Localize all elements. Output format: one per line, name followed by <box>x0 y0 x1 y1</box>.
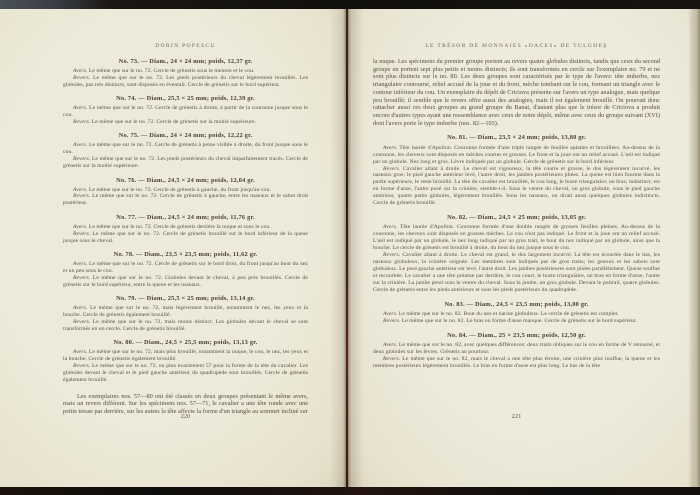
avers-paragraph: Avers. Le même que sur le no. 72, mais l… <box>63 305 308 319</box>
avers-text: Le même que sur le no. 82. Bout du nez e… <box>399 311 619 317</box>
coin-entry-75: No. 75. — Diam., 24 × 24 mm; poids, 12,2… <box>63 132 308 170</box>
coin-entry-83: No. 83. — Diam., 24,5 × 23,5 mm; poids, … <box>373 301 660 325</box>
revers-label: Revers. <box>383 252 400 258</box>
book-gutter-line <box>346 9 348 487</box>
avers-label: Avers. <box>73 187 87 193</box>
revers-label: Revers. <box>73 119 90 125</box>
revers-label: Revers. <box>73 75 90 81</box>
left-page-content: DORIN POPESCU No. 73. — Diam., 24 × 24 m… <box>63 43 308 416</box>
entry-heading: No. 81. — Diam., 23,5 × 24 mm; poids, 13… <box>373 134 660 141</box>
entry-heading: No. 76. — Diam., 24,5 × 24 mm; poids, 12… <box>63 177 308 184</box>
coin-entry-82: No. 82. — Diam., 24,5 × 25 mm; poids, 13… <box>373 214 660 294</box>
revers-text: Cavalier allant à droite. Le cheval est … <box>373 166 660 207</box>
coin-entry-81: No. 81. — Diam., 23,5 × 24 mm; poids, 13… <box>373 134 660 207</box>
avers-label: Avers. <box>383 342 397 348</box>
avers-text: Le même que sur le no. 72, mais légèreme… <box>63 305 308 318</box>
coin-entry-80: No. 80. — Diam., 24,5 × 25,5 mm; poids, … <box>63 339 308 384</box>
avers-label: Avers. <box>73 142 87 148</box>
revers-label: Revers. <box>73 319 90 325</box>
avers-text: Le même que sur le no. 72. Cercle de grè… <box>63 142 308 155</box>
avers-text: Le même que sur le no. 72. Cercle de grè… <box>89 187 271 193</box>
coin-entry-74: No. 74. — Diam., 25,5 × 25 mm; poids, 12… <box>63 95 308 126</box>
entry-heading: No. 73. — Diam., 24 × 24 mm; poids, 12,3… <box>63 58 308 65</box>
avers-label: Avers. <box>73 105 87 111</box>
revers-text: Le même que sur le no. 72, ou plus exact… <box>63 363 308 383</box>
avers-label: Avers. <box>73 261 87 267</box>
left-page: DORIN POPESCU No. 73. — Diam., 24 × 24 m… <box>0 9 347 487</box>
avers-text: Le même que sur le no. 72. Cercle de grè… <box>63 105 308 118</box>
revers-paragraph: Revers. Cavalier allant à droite. Le che… <box>373 252 660 293</box>
entry-heading: No. 79. — Diam., 25,5 × 25 mm; poids, 13… <box>63 295 308 302</box>
running-head-right: LE TRÉSOR DE MONNAIES «DACES» DE TULGHEŞ <box>373 43 660 49</box>
avers-label: Avers. <box>383 224 397 230</box>
running-head-left: DORIN POPESCU <box>63 43 308 49</box>
avers-paragraph: Avers. Tête laurée d'Apollon. Couronne f… <box>373 224 660 252</box>
revers-text: Le même que sur le no. 72. Globules deva… <box>63 275 308 288</box>
entry-heading: No. 84. — Diam., 25 × 23,5 mm; poids, 12… <box>373 332 660 339</box>
entry-heading: No. 77. — Diam., 24,5 × 24 mm; poids, 11… <box>63 214 308 221</box>
avers-label: Avers. <box>73 349 87 355</box>
revers-text: Le même que sur le no. 72, mais moins di… <box>63 319 308 332</box>
revers-label: Revers. <box>383 356 400 362</box>
entry-heading: No. 74. — Diam., 25,5 × 25 mm; poids, 12… <box>63 95 308 102</box>
avers-label: Avers. <box>73 224 87 230</box>
revers-paragraph: Revers. Le même que sur le no. 72. Globu… <box>63 275 308 289</box>
revers-paragraph: Revers. Le même que sur le no. 72. Cercl… <box>63 119 308 126</box>
page-number-right: 221 <box>373 413 660 420</box>
revers-text: Le même que sur le no. 82, mais le cheva… <box>373 356 660 369</box>
revers-label: Revers. <box>73 231 90 237</box>
revers-paragraph: Revers. Le même que sur le no. 72. Les p… <box>63 156 308 170</box>
revers-paragraph: Revers. Le même que sur le no. 72. Les p… <box>63 75 308 89</box>
coin-entry-76: No. 76. — Diam., 24,5 × 24 mm; poids, 12… <box>63 177 308 208</box>
revers-label: Revers. <box>383 166 400 172</box>
revers-paragraph: Revers. Le même que sur le no. 72. Cercl… <box>63 193 308 207</box>
coin-entry-79: No. 79. — Diam., 25,5 × 25 mm; poids, 13… <box>63 295 308 333</box>
scan-background-bottom <box>0 487 700 495</box>
entry-heading: No. 82. — Diam., 24,5 × 25 mm; poids, 13… <box>373 214 660 221</box>
avers-text: Tête laurée d'Apollon. Couronne formée d… <box>373 224 660 251</box>
coin-entry-78: No. 78. — Diam., 23,5 × 23,5 mm; poids, … <box>63 251 308 289</box>
entry-heading: No. 78. — Diam., 23,5 × 23,5 mm; poids, … <box>63 251 308 258</box>
revers-label: Revers. <box>73 156 90 162</box>
revers-text: Cavalier allant à droite. Le cheval est … <box>373 252 660 293</box>
avers-paragraph: Avers. Le même que sur le no. 72, mais p… <box>63 349 308 363</box>
avers-paragraph: Avers. Le même que sur le no. 72. Cercle… <box>63 224 308 231</box>
revers-text: Le même que sur le no. 72. Les pieds pos… <box>63 75 308 88</box>
avers-text: Le même que sur le no. 82, avec quelques… <box>373 342 660 355</box>
avers-text: Le même que sur le no. 72. Cercle de grè… <box>89 224 271 230</box>
avers-paragraph: Avers. Tête laurée d'Apollon. Couronne f… <box>373 145 660 166</box>
revers-label: Revers. <box>73 363 90 369</box>
avers-text: Le même que sur le no. 72, mais plus bro… <box>63 349 308 362</box>
right-page: LE TRÉSOR DE MONNAIES «DACES» DE TULGHEŞ… <box>347 9 700 487</box>
entry-heading: No. 80. — Diam., 24,5 × 25,5 mm; poids, … <box>63 339 308 346</box>
revers-text: Le même que sur le no. 72. Cercle de grè… <box>92 119 256 125</box>
entry-heading: No. 75. — Diam., 24 × 24 mm; poids, 12,2… <box>63 132 308 139</box>
revers-text: Le même que sur le no. 72. Les pieds pos… <box>63 156 308 169</box>
revers-text: Le même que sur le no. 72. Cercle de grè… <box>63 231 308 244</box>
avers-paragraph: Avers. Le même que sur le no. 72. Cercle… <box>63 68 308 75</box>
avers-paragraph: Avers. Le même que sur le no. 72. Cercle… <box>63 261 308 275</box>
revers-label: Revers. <box>383 318 400 324</box>
book-scan: DORIN POPESCU No. 73. — Diam., 24 × 24 m… <box>0 0 700 495</box>
avers-label: Avers. <box>383 311 397 317</box>
avers-label: Avers. <box>383 145 397 151</box>
right-page-content: LE TRÉSOR DE MONNAIES «DACES» DE TULGHEŞ… <box>373 43 660 370</box>
scan-background-top <box>0 0 700 9</box>
coin-entry-84: No. 84. — Diam., 25 × 23,5 mm; poids, 12… <box>373 332 660 370</box>
avers-paragraph: Avers. Le même que sur le no. 82, avec q… <box>373 342 660 356</box>
avers-paragraph: Avers. Le même que sur le no. 72. Cercle… <box>63 105 308 119</box>
avers-label: Avers. <box>73 305 87 311</box>
avers-text: Tête laurée d'Apollon. Couronne formée d… <box>373 145 660 165</box>
revers-text: Le même que sur le no. 82. Le bras en fo… <box>402 318 637 324</box>
entry-heading: No. 83. — Diam., 24,5 × 23,5 mm; poids, … <box>373 301 660 308</box>
revers-paragraph: Revers. Cavalier allant à droite. Le che… <box>373 166 660 207</box>
revers-label: Revers. <box>73 275 90 281</box>
avers-label: Avers. <box>73 68 87 74</box>
page-edge-right <box>688 9 700 487</box>
revers-label: Revers. <box>73 193 90 199</box>
avers-paragraph: Avers. Le même que sur le no. 72. Cercle… <box>63 187 308 194</box>
opening-paragraph: la nuque. Les spécimens du premier group… <box>373 58 660 127</box>
revers-text: Le même que sur le no. 72. Cercle de grè… <box>63 193 308 206</box>
revers-paragraph: Revers. Le même que sur le no. 72, ou pl… <box>63 363 308 384</box>
avers-paragraph: Avers. Le même que sur le no. 82. Bout d… <box>373 311 660 318</box>
coin-entry-77: No. 77. — Diam., 24,5 × 24 mm; poids, 11… <box>63 214 308 245</box>
avers-text: Le même que sur le no. 72. Cercle de grè… <box>63 261 308 274</box>
revers-paragraph: Revers. Le même que sur le no. 82, mais … <box>373 356 660 370</box>
revers-paragraph: Revers. Le même que sur le no. 82. Le br… <box>373 318 660 325</box>
avers-text: Le même que sur le no. 72. Cercle de grè… <box>89 68 255 74</box>
revers-paragraph: Revers. Le même que sur le no. 72. Cercl… <box>63 231 308 245</box>
revers-paragraph: Revers. Le même que sur le no. 72, mais … <box>63 319 308 333</box>
page-number-left: 220 <box>63 413 308 420</box>
coin-entry-73: No. 73. — Diam., 24 × 24 mm; poids, 12,3… <box>63 58 308 89</box>
avers-paragraph: Avers. Le même que sur le no. 72. Cercle… <box>63 142 308 156</box>
